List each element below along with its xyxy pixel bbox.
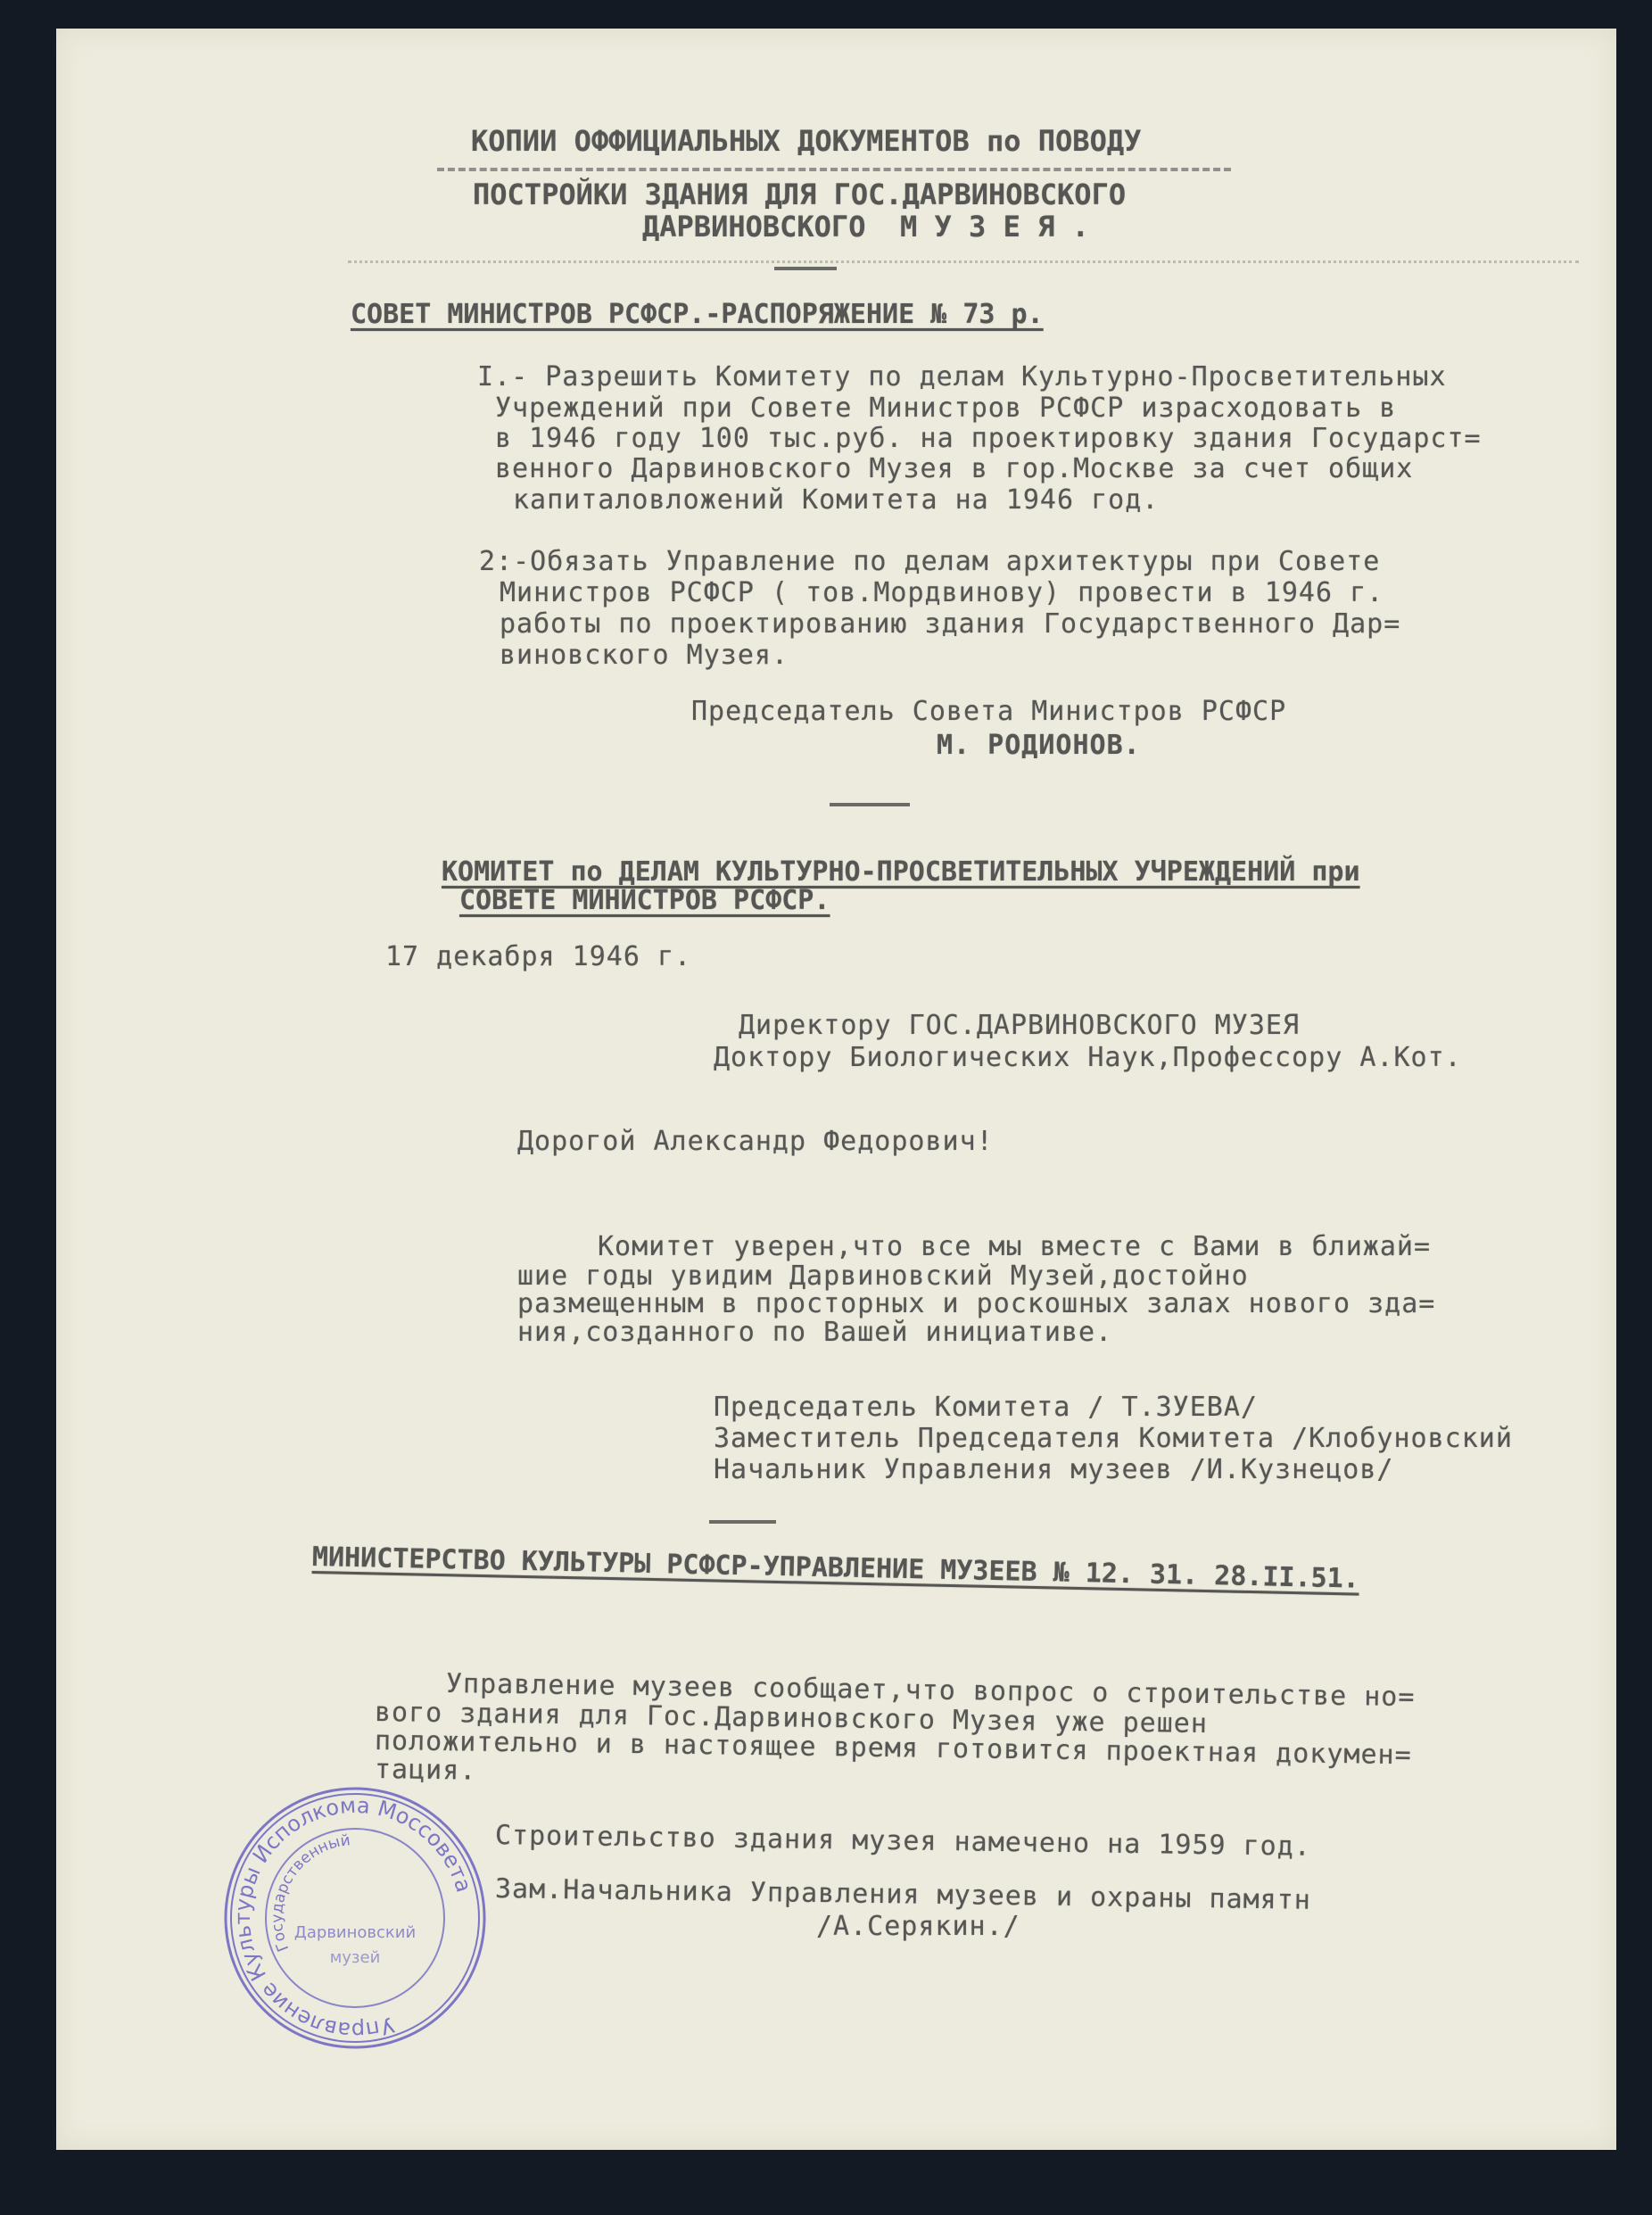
dotted-divider [348, 260, 1579, 263]
section1-item1-line: Учреждений при Совете Министров РСФСР из… [495, 393, 1396, 425]
section1-item2-line: виновского Музея. [500, 640, 789, 672]
section1-item2-line: работы по проектированию здания Государс… [500, 608, 1400, 641]
separator [774, 267, 837, 270]
stamp-outer-text: Управление Культуры Исполкома Моссовета [230, 1793, 476, 2043]
section2-date: 17 декабря 1946 г. [385, 941, 691, 973]
section2-signature-line: Заместитель Председателя Комитета /Клобу… [714, 1423, 1513, 1455]
stamp-inner-line3: музей [330, 1948, 381, 1967]
document-title-line3: ДАРВИНОВСКОГО М У З Е Я . [642, 211, 1089, 243]
section1-heading: СОВЕТ МИНИСТРОВ РСФСР.-РАСПОРЯЖЕНИЕ № 73… [351, 299, 1044, 331]
section1-signer-name: М. РОДИОНОВ. [937, 730, 1141, 762]
section2-heading-line1: КОМИТЕТ по ДЕЛАМ КУЛЬТУРНО-ПРОСВЕТИТЕЛЬН… [442, 856, 1360, 888]
section2-greeting: Дорогой Александр Федорович! [517, 1126, 994, 1158]
document-title-line2: ПОСТРОЙКИ ЗДАНИЯ ДЛЯ ГОС.ДАРВИНОВСКОГО [473, 178, 1126, 211]
section2-body-line: размещенным в просторных и роскошных зал… [517, 1288, 1435, 1320]
separator [709, 1520, 776, 1524]
section1-item1-line: венного Дарвиновского Музея в гор.Москве… [495, 453, 1413, 485]
section2-body-line: ния,созданного по Вашей инициативе. [517, 1317, 1112, 1349]
section2-signature-line: Председатель Комитета / Т.ЗУЕВА/ [714, 1392, 1258, 1424]
section1-item2-line: Министров РСФСР ( тов.Мордвинову) провес… [500, 577, 1384, 609]
section2-body-line: Комитет уверен,что все мы вместе с Вами … [598, 1231, 1431, 1263]
section2-addressee-line2: Доктору Биологических Наук,Профессору А.… [714, 1042, 1462, 1074]
section3-body-line: тация. [375, 1754, 477, 1788]
section2-addressee-line1: Директору ГОС.ДАРВИНОВСКОГО МУЗЕЯ [739, 1010, 1300, 1042]
section2-heading-line2: СОВЕТЕ МИНИСТРОВ РСФСР. [459, 885, 830, 917]
stamp-inner-line2: Дарвиновский [294, 1923, 416, 1942]
section2-signature-line: Начальник Управления музеев /И.Кузнецов/ [714, 1454, 1393, 1486]
stamp-seal-icon: Управление Культуры Исполкома Моссовета … [221, 1784, 489, 2052]
document-title-line1: КОПИИ ОФФИЦИАЛЬНЫХ ДОКУМЕНТОВ по ПОВОДУ [471, 125, 1141, 157]
section1-item2-line: 2:-Обязать Управление по делам архитекту… [479, 546, 1380, 578]
section3-signer-name: /А.Серякин./ [816, 1911, 1020, 1943]
museum-stamp: Управление Культуры Исполкома Моссовета … [221, 1784, 489, 2052]
title-underline [437, 168, 1231, 171]
section1-item1-line: в 1946 году 100 тыс.руб. на проектировку… [495, 423, 1482, 455]
separator [830, 803, 910, 806]
section1-item1-line: капиталовложений Комитета на 1946 год. [513, 484, 1159, 517]
section1-item1-line: I.- Разрешить Комитету по делам Культурн… [477, 361, 1447, 393]
section1-signer-title: Председатель Совета Министров РСФСР [691, 696, 1286, 728]
